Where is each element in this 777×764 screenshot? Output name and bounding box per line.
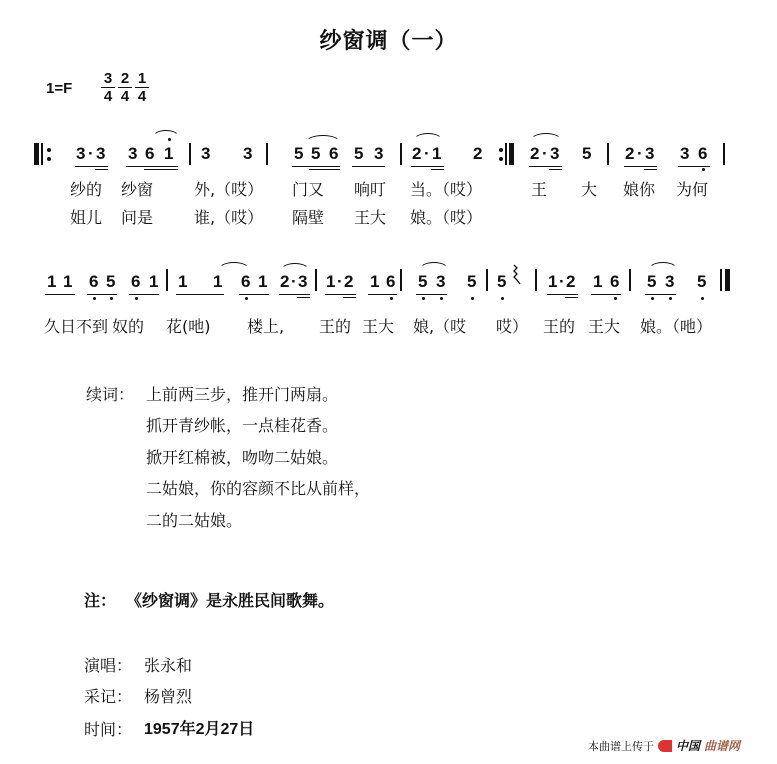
underline	[368, 294, 397, 295]
note: 1	[593, 272, 602, 292]
meter-denominator: 4	[138, 88, 146, 105]
continued-lyrics-line: 上前两三步，推开门两扇。	[146, 385, 338, 405]
watermark: 本曲谱上传于 中国曲谱网	[588, 737, 740, 754]
song-title: 纱窗调（一）	[0, 24, 777, 55]
note-low-octave: 5	[418, 272, 427, 292]
octave-dot-below	[701, 297, 704, 300]
note-low-octave: 5	[467, 272, 476, 292]
underline	[95, 169, 108, 170]
repeat-dot	[47, 148, 51, 152]
note: 3	[96, 144, 105, 164]
bar-line	[315, 269, 317, 291]
underline	[624, 166, 657, 167]
underline	[678, 166, 710, 167]
note: 5	[582, 144, 591, 164]
continued-lyrics-line: 抓开青纱帐，一点桂花香。	[146, 416, 338, 436]
dotted-rhythm: ·	[291, 272, 297, 292]
note: 1	[47, 272, 56, 292]
note-low-octave: 5	[106, 272, 115, 292]
note-low-octave: 6	[386, 272, 395, 292]
bar-line	[266, 143, 268, 165]
time-signature-2-4: 2 4	[118, 70, 132, 105]
octave-dot-below	[702, 168, 705, 171]
lyric: 奴的	[112, 317, 144, 337]
note-text: 《纱窗调》是永胜民间歌舞。	[126, 591, 334, 611]
time-signature-3-4: 3 4	[101, 70, 115, 105]
dotted-rhythm: ·	[337, 272, 343, 292]
underline	[239, 294, 269, 295]
lyric: 问是	[121, 208, 153, 228]
lyric: 娘。（哎）	[410, 208, 482, 228]
note: 3	[201, 144, 210, 164]
lyric: 哎）	[496, 317, 528, 337]
lyric: 为何	[676, 180, 708, 200]
note-low-octave: 3	[436, 272, 445, 292]
underline	[547, 294, 578, 295]
underline	[431, 169, 444, 170]
repeat-end-thin-bar	[505, 143, 507, 165]
credit-value-recorder: 杨曾烈	[144, 687, 192, 707]
note-low-octave: 6	[610, 272, 619, 292]
underline	[549, 169, 562, 170]
note: 1	[370, 272, 379, 292]
bar-line	[607, 143, 609, 165]
lyric: 王的	[543, 317, 575, 337]
note: 2	[625, 144, 634, 164]
underline	[309, 169, 340, 170]
underline	[645, 294, 676, 295]
credit-label-date: 时间：	[84, 720, 132, 740]
note-low-octave: 3	[665, 272, 674, 292]
octave-dot-below	[390, 297, 393, 300]
credit-label-singer: 演唱：	[84, 656, 132, 676]
credit-value-singer: 张永和	[144, 656, 192, 676]
underline	[529, 166, 562, 167]
lyric: 王的	[319, 317, 351, 337]
lyric: 隔壁	[292, 208, 324, 228]
repeat-start-thin-bar	[41, 143, 43, 165]
dotted-rhythm: ·	[88, 144, 94, 164]
note-high-octave: 1	[164, 144, 173, 164]
slur	[413, 133, 443, 141]
note: 3	[243, 144, 252, 164]
underline	[176, 294, 224, 295]
note: 6	[145, 144, 154, 164]
note: 6	[329, 144, 338, 164]
underline	[45, 294, 75, 295]
underline	[126, 166, 178, 167]
lyric: 娘。（吔）	[640, 317, 712, 337]
dotted-rhythm: ·	[637, 144, 643, 164]
bar-line	[535, 269, 537, 291]
final-thick-bar	[725, 269, 730, 291]
bar-line	[189, 143, 191, 165]
bar-line	[166, 269, 168, 291]
key-signature: 1=F	[46, 80, 72, 97]
lyric: 外,（哎）	[194, 180, 263, 200]
bar-line	[723, 143, 725, 165]
underline	[87, 294, 117, 295]
octave-dot-below	[614, 297, 617, 300]
slur	[218, 262, 250, 270]
lyric: 响叮	[354, 180, 386, 200]
lyric: 王	[531, 180, 547, 200]
underline	[591, 294, 621, 295]
note-low-octave: 5	[697, 272, 706, 292]
bar-line	[400, 269, 402, 291]
note: 3	[680, 144, 689, 164]
note: 3	[645, 144, 654, 164]
note-low-octave: 6	[89, 272, 98, 292]
underline	[411, 166, 444, 167]
glissando-icon	[512, 264, 522, 286]
lyric: 楼上,	[247, 317, 284, 337]
note: 2	[412, 144, 421, 164]
lyric: 娘,（哎	[413, 317, 466, 337]
note-low-octave: 6	[131, 272, 140, 292]
slur	[152, 130, 180, 138]
lyric: 纱的	[70, 180, 102, 200]
repeat-dot	[499, 148, 503, 152]
lyric: 娘你	[623, 180, 655, 200]
lyric: 门又	[292, 180, 324, 200]
repeat-dot	[499, 157, 503, 161]
note: 1	[178, 272, 187, 292]
lyric: 王大	[588, 317, 620, 337]
meter-denominator: 4	[121, 88, 129, 105]
note: 5	[311, 144, 320, 164]
meter-denominator: 4	[104, 88, 112, 105]
note: 2	[280, 272, 289, 292]
octave-dot-below	[110, 297, 113, 300]
site-logo-icon	[658, 740, 672, 752]
underline	[644, 169, 657, 170]
octave-dot-below	[501, 297, 504, 300]
credit-label-recorder: 采记：	[84, 687, 132, 707]
slur	[648, 262, 678, 270]
note: 1	[149, 272, 158, 292]
underline	[565, 297, 578, 298]
time-signatures: 3 4 2 4 1 4	[101, 70, 149, 105]
meter-numerator: 2	[118, 70, 132, 88]
octave-dot-below	[471, 297, 474, 300]
dotted-rhythm: ·	[424, 144, 430, 164]
continued-lyrics-label: 续词：	[86, 385, 134, 405]
note: 3	[374, 144, 383, 164]
underline	[297, 297, 310, 298]
credit-value-date: 1957年2月27日	[144, 720, 254, 740]
octave-dot-below	[651, 297, 654, 300]
slur	[419, 262, 449, 270]
continued-lyrics-line: 二的二姑娘。	[146, 511, 242, 531]
slur	[280, 263, 310, 271]
underline	[416, 294, 447, 295]
note: 2	[344, 272, 353, 292]
lyric: 久日不到	[44, 317, 108, 337]
note-low-octave: 5	[647, 272, 656, 292]
note: 2	[566, 272, 575, 292]
note: 1	[213, 272, 222, 292]
note: 1	[63, 272, 72, 292]
note: 2	[530, 144, 539, 164]
note: 1	[548, 272, 557, 292]
lyric: 当。（哎）	[410, 180, 482, 200]
lyric: 花(吔)	[166, 317, 211, 337]
bar-line	[629, 269, 631, 291]
lyric: 姐儿	[70, 208, 102, 228]
watermark-brand-black: 中国	[676, 737, 700, 754]
meter-numerator: 3	[101, 70, 115, 88]
underline	[75, 166, 108, 167]
lyric: 大	[581, 180, 597, 200]
octave-dot-above	[168, 138, 171, 141]
slur	[530, 133, 562, 141]
note: 1	[326, 272, 335, 292]
note: 2	[473, 144, 482, 164]
continued-lyrics-line: 二姑娘，你的容颜不比从前样，	[146, 479, 370, 499]
octave-dot-below	[245, 297, 248, 300]
note: 5	[354, 144, 363, 164]
repeat-dot	[47, 157, 51, 161]
underline	[144, 169, 178, 170]
note: 5	[294, 144, 303, 164]
lyric: 王大	[354, 208, 386, 228]
time-signature-1-4: 1 4	[135, 70, 149, 105]
note-low-octave: 5	[497, 272, 506, 292]
note-low-octave: 6	[241, 272, 250, 292]
underline	[325, 294, 356, 295]
note: 1	[432, 144, 441, 164]
underline	[343, 297, 356, 298]
note: 3	[550, 144, 559, 164]
note: 3	[128, 144, 137, 164]
octave-dot-below	[440, 297, 443, 300]
watermark-prefix: 本曲谱上传于	[588, 738, 654, 754]
note: 3	[298, 272, 307, 292]
repeat-start-thick-bar	[34, 143, 39, 165]
slur	[305, 135, 341, 143]
underline	[352, 166, 385, 167]
underline	[279, 294, 310, 295]
underline	[292, 166, 340, 167]
dotted-rhythm: ·	[559, 272, 565, 292]
note: 1	[258, 272, 267, 292]
lyric: 谁,（哎）	[194, 208, 263, 228]
final-thin-bar	[720, 269, 722, 291]
note: 3	[76, 144, 85, 164]
octave-dot-below	[669, 297, 672, 300]
dotted-rhythm: ·	[542, 144, 548, 164]
note-label: 注：	[84, 591, 116, 611]
continued-lyrics-line: 掀开红棉被，吻吻二姑娘。	[146, 448, 338, 468]
lyric: 纱窗	[121, 180, 153, 200]
octave-dot-below	[422, 297, 425, 300]
watermark-brand-colored: 曲谱网	[704, 737, 740, 754]
octave-dot-below	[93, 297, 96, 300]
bar-line	[486, 269, 488, 291]
octave-dot-below	[135, 297, 138, 300]
meter-numerator: 1	[135, 70, 149, 88]
bar-line	[400, 143, 402, 165]
repeat-end-thick-bar	[509, 143, 514, 165]
lyric: 王大	[362, 317, 394, 337]
underline	[129, 294, 159, 295]
note-low-octave: 6	[698, 144, 707, 164]
